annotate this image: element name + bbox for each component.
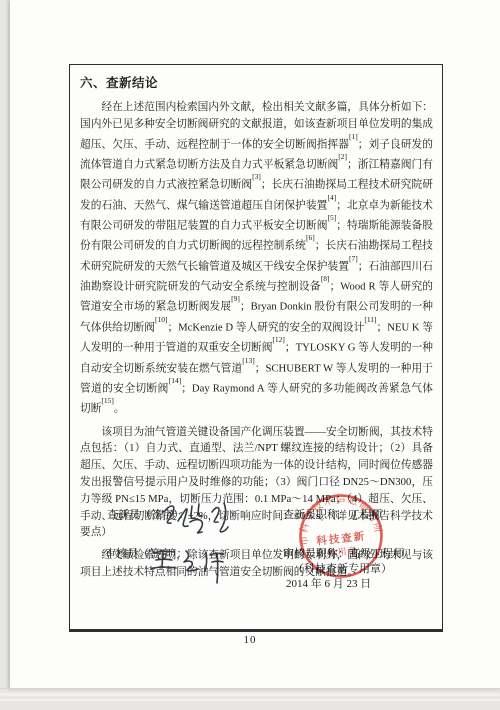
reviewer-handwritten-signature: [158, 496, 236, 542]
scan-streak: [0, 693, 500, 696]
page-number: 10: [0, 634, 500, 646]
stamp-center-line1: 科技查新: [315, 529, 367, 547]
auditor-handwritten-signature: [146, 539, 230, 587]
conclusion-content: 六、查新结论 经在上述范围内检索国内外文献，检出相关文献多篇，具体分析如下：国内…: [70, 65, 442, 581]
paper-bottom-edge: [0, 688, 500, 689]
official-red-stamp: 市科学技术信息研究所 科技查新 专用章: [296, 491, 386, 581]
scan-streak: [0, 699, 500, 701]
section-title: 六、查新结论: [80, 73, 433, 91]
stamp-center-line2: 专用章: [327, 544, 358, 558]
paragraph-analysis: 经在上述范围内检索国内外文献，检出相关文献多篇，具体分析如下：国内外已见多种安全…: [80, 99, 433, 418]
scanned-document-page: 六、查新结论 经在上述范围内检索国内外文献，检出相关文献多篇，具体分析如下：国内…: [0, 0, 500, 710]
